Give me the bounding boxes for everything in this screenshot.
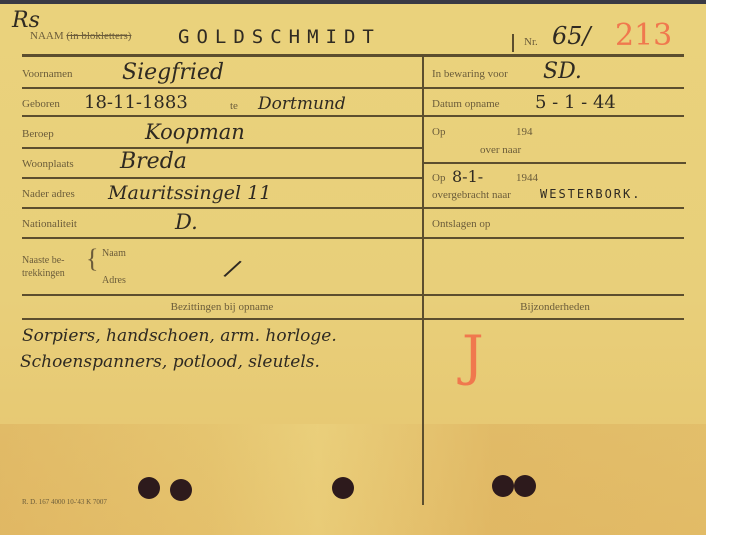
nr-value: 65/ [552, 22, 591, 50]
field-geboren-label: Geboren [22, 98, 60, 110]
rule-2 [22, 115, 684, 117]
op1-label: Op [432, 126, 445, 138]
punch-hole [332, 477, 354, 499]
field-woonplaats-value: Breda [120, 149, 187, 174]
rule-5 [22, 207, 684, 209]
column-divider [422, 57, 424, 505]
field-adres-value: Mauritssingel 11 [108, 182, 271, 204]
op1-sub: over naar [480, 144, 521, 156]
name-label: NAAM (in blokletters) [30, 30, 131, 42]
rule-4-right [424, 162, 686, 164]
relations-value: / [221, 254, 244, 284]
datum-label: Datum opname [432, 98, 500, 110]
punch-hole [138, 477, 160, 499]
card-shading [0, 424, 706, 535]
bezittingen-header: Bezittingen bij opname [22, 301, 422, 313]
rule-8 [22, 318, 684, 320]
footer-print-code: R. D. 167 4000 10-'43 K 7007 [22, 498, 107, 506]
op2-sub: overgebracht naar [432, 189, 511, 201]
rule-3-left [22, 147, 424, 149]
punch-hole [514, 475, 536, 497]
punch-hole [492, 475, 514, 497]
name-value: GOLDSCHMIDT [178, 26, 381, 48]
rule-1 [22, 87, 684, 89]
op2-destination: WESTERBORK. [540, 187, 641, 201]
relations-brace: { [86, 244, 98, 274]
name-label-struck: (in blokletters) [66, 30, 131, 42]
field-nationaliteit-label: Nationaliteit [22, 218, 77, 230]
rule-6 [22, 237, 684, 239]
field-geboren-place: Dortmund [258, 94, 346, 114]
field-woonplaats-label: Woonplaats [22, 158, 74, 170]
field-voornamen-label: Voornamen [22, 68, 73, 80]
field-beroep-label: Beroep [22, 128, 54, 140]
punch-hole [170, 479, 192, 501]
field-geboren-te-label: te [230, 100, 238, 112]
relations-adres-label: Adres [102, 275, 126, 286]
op1-year: 194 [516, 126, 533, 138]
rule-4-left [22, 177, 424, 179]
field-beroep-value: Koopman [145, 120, 245, 144]
nr-label: Nr. [524, 36, 538, 48]
field-nationaliteit-value: D. [175, 210, 198, 234]
nr-red: 213 [615, 18, 672, 53]
rule-7 [22, 294, 684, 296]
datum-value: 5 - 1 - 44 [535, 92, 616, 113]
op2-value: 8-1- [452, 167, 483, 186]
relations-label-2: trekkingen [22, 268, 65, 279]
relations-label-1: Naaste be- [22, 255, 64, 266]
bewaring-label: In bewaring voor [432, 68, 508, 80]
bijzonderheden-header: Bijzonderheden [424, 301, 686, 313]
registration-card: Rs NAAM (in blokletters) GOLDSCHMIDT Nr.… [0, 4, 706, 535]
bijzonderheden-mark: J [462, 324, 484, 387]
ontslagen-label: Ontslagen op [432, 218, 490, 230]
relations-naam-label: Naam [102, 248, 126, 259]
field-voornamen-value: Siegfried [122, 60, 224, 85]
nr-divider [512, 34, 514, 52]
field-adres-label: Nader adres [22, 188, 75, 200]
bezittingen-line-2: Schoenspanners, potlood, sleutels. [20, 352, 320, 372]
field-geboren-value: 18-11-1883 [84, 92, 188, 113]
rule-header [22, 54, 684, 57]
bezittingen-line-1: Sorpiers, handschoen, arm. horloge. [22, 326, 337, 346]
bewaring-value: SD. [543, 59, 582, 84]
op2-year: 1944 [516, 172, 538, 184]
op2-label: Op [432, 172, 445, 184]
